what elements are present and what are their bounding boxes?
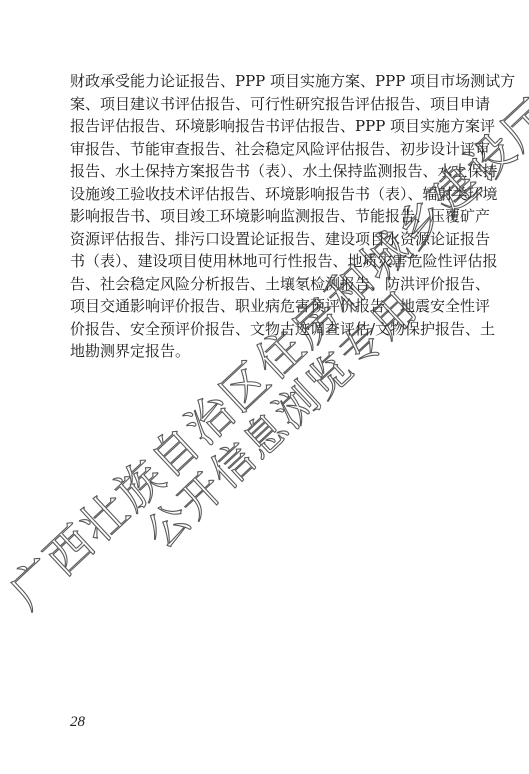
text-line: 影响报告书、项目竣工环境影响监测报告、节能报告、压覆矿产 — [70, 205, 464, 228]
document-page: 财政承受能力论证报告、PPP 项目实施方案、PPP 项目市场测试方 案、项目建议… — [0, 0, 529, 774]
text-line: 财政承受能力论证报告、PPP 项目实施方案、PPP 项目市场测试方 — [70, 70, 464, 93]
text-line: 报告评估报告、环境影响报告书评估报告、PPP 项目实施方案评 — [70, 115, 464, 138]
text-line: 审报告、节能审查报告、社会稳定风险评估报告、初步设计评审 — [70, 138, 464, 161]
text-line: 资源评估报告、排污口设置论证报告、建设项目水资源论证报告 — [70, 228, 464, 251]
text-line: 书（表）、建设项目使用林地可行性报告、地质灾害危险性评估报 — [70, 250, 464, 273]
text-line: 地勘测界定报告。 — [70, 340, 464, 363]
text-line: 告、社会稳定风险分析报告、土壤氡检测报告、防洪评价报告、 — [70, 273, 464, 296]
text-line: 项目交通影响评价报告、职业病危害预评价报告、地震安全性评 — [70, 295, 464, 318]
text-line: 价报告、安全预评价报告、文物古迹调查评估/文物保护报告、土 — [70, 318, 464, 341]
body-paragraph: 财政承受能力论证报告、PPP 项目实施方案、PPP 项目市场测试方 案、项目建议… — [70, 70, 466, 363]
page-number: 28 — [70, 714, 85, 731]
text-line: 报告、水土保持方案报告书（表）、水土保持监测报告、水土保持 — [70, 160, 464, 183]
text-line: 设施竣工验收技术评估报告、环境影响报告书（表）、辐射类环境 — [70, 183, 464, 206]
text-line: 案、项目建议书评估报告、可行性研究报告评估报告、项目申请 — [70, 93, 464, 116]
